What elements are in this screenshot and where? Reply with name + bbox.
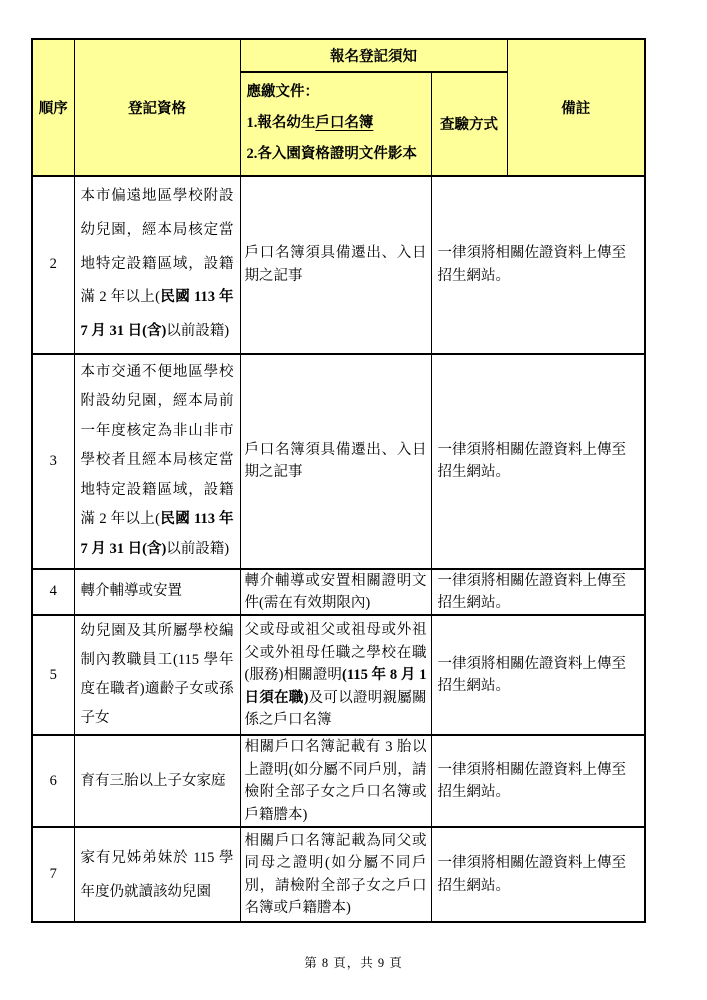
column-header-verification: 查驗方式 <box>431 72 507 176</box>
row-seq: 4 <box>32 569 74 616</box>
row-remark: 一律須將相關佐證資料上傳至招生網站。 <box>431 176 645 354</box>
row-seq: 6 <box>32 735 74 827</box>
row-documents: 相關戶口名簿記載為同父或同母之證明(如分屬不同戶別，請檢附全部子女之戶口名簿或戶… <box>240 827 431 922</box>
row-qualification: 育有三胎以上子女家庭 <box>74 735 240 827</box>
row-remark: 一律須將相關佐證資料上傳至招生網站。 <box>431 735 645 827</box>
row-documents: 父或母或祖父或祖母或外祖父或外祖母任職之學校在職(服務)相關證明(115 年 8… <box>240 615 431 735</box>
row-documents: 相關戶口名簿記載有 3 胎以上證明(如分屬不同戶別，請檢附全部子女之戶口名簿或戶… <box>240 735 431 827</box>
row-remark: 一律須將相關佐證資料上傳至招生網站。 <box>431 354 645 569</box>
column-header-remarks: 備註 <box>507 39 645 176</box>
row-documents: 戶口名簿須具備遷出、入日期之記事 <box>240 176 431 354</box>
row-qualification: 本市偏遠地區學校附設幼兒園，經本局核定當地特定設籍區域，設籍滿 2 年以上(民國… <box>74 176 240 354</box>
table-row-5: 5 幼兒園及其所屬學校編制內教職員工(115 學年度在職者)適齡子女或孫子女 父… <box>32 615 645 735</box>
row-qualification: 轉介輔導或安置 <box>74 569 240 616</box>
column-header-group-title: 報名登記須知 <box>240 39 507 72</box>
documents-title: 應繳文件： <box>247 77 427 108</box>
row-qualification: 本市交通不便地區學校附設幼兒園，經本局前一年度核定為非山非市學校者且經本局核定當… <box>74 354 240 569</box>
column-header-seq: 順序 <box>32 39 74 176</box>
row-seq: 3 <box>32 354 74 569</box>
documents-item-1: 1.報名幼生戶口名簿 <box>247 108 427 139</box>
row-qualification: 家有兄姊弟妹於 115 學年度仍就讀該幼兒園 <box>74 827 240 922</box>
document-page: 順序 登記資格 報名登記須知 備註 應繳文件： 1.報名幼生戶口名簿 2.各入園… <box>0 0 707 1000</box>
row-seq: 5 <box>32 615 74 735</box>
page-number-footer: 第 8 頁，共 9 頁 <box>0 953 707 971</box>
table-row-3: 3 本市交通不便地區學校附設幼兒園，經本局前一年度核定為非山非市學校者且經本局核… <box>32 354 645 569</box>
row-seq: 7 <box>32 827 74 922</box>
row-documents: 轉介輔導或安置相關證明文件(需在有效期限內) <box>240 569 431 616</box>
documents-item-2: 2.各入園資格證明文件影本 <box>247 139 427 170</box>
underlined-text: 戶口名簿 <box>315 115 373 131</box>
table-row-7: 7 家有兄姊弟妹於 115 學年度仍就讀該幼兒園 相關戶口名簿記載為同父或同母之… <box>32 827 645 922</box>
header-row-top: 順序 登記資格 報名登記須知 備註 <box>32 39 645 72</box>
table-row-6: 6 育有三胎以上子女家庭 相關戶口名簿記載有 3 胎以上證明(如分屬不同戶別，請… <box>32 735 645 827</box>
row-remark: 一律須將相關佐證資料上傳至招生網站。 <box>431 827 645 922</box>
column-header-qualification: 登記資格 <box>74 39 240 176</box>
registration-table: 順序 登記資格 報名登記須知 備註 應繳文件： 1.報名幼生戶口名簿 2.各入園… <box>31 38 646 923</box>
row-remark: 一律須將相關佐證資料上傳至招生網站。 <box>431 615 645 735</box>
row-documents: 戶口名簿須具備遷出、入日期之記事 <box>240 354 431 569</box>
table-row-2: 2 本市偏遠地區學校附設幼兒園，經本局核定當地特定設籍區域，設籍滿 2 年以上(… <box>32 176 645 354</box>
row-seq: 2 <box>32 176 74 354</box>
column-header-documents: 應繳文件： 1.報名幼生戶口名簿 2.各入園資格證明文件影本 <box>240 72 431 176</box>
table-row-4: 4 轉介輔導或安置 轉介輔導或安置相關證明文件(需在有效期限內) 一律須將相關佐… <box>32 569 645 616</box>
row-qualification: 幼兒園及其所屬學校編制內教職員工(115 學年度在職者)適齡子女或孫子女 <box>74 615 240 735</box>
row-remark: 一律須將相關佐證資料上傳至招生網站。 <box>431 569 645 616</box>
